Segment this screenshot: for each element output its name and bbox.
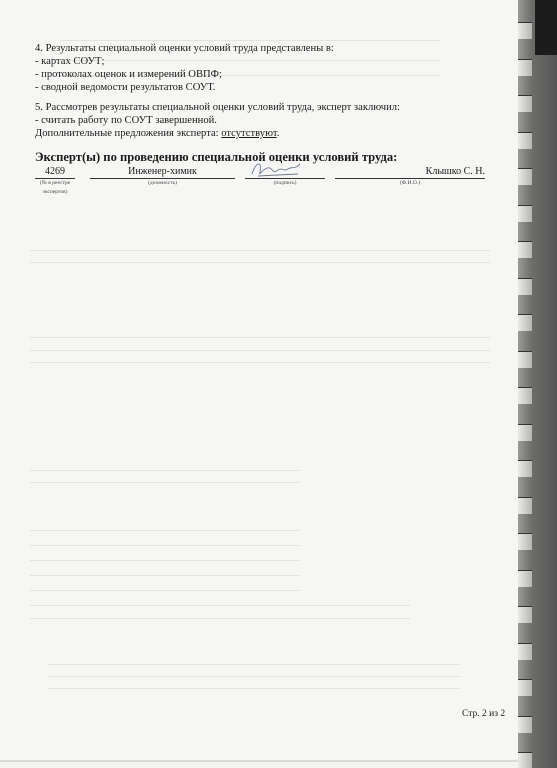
binding-ring: [518, 22, 532, 39]
binding-ring: [518, 59, 532, 76]
binding-ring: [518, 351, 532, 368]
binding-ring: [518, 205, 532, 222]
position-field: Инженер-химик (должность): [90, 166, 235, 188]
binding-ring: [518, 132, 532, 149]
name-field: Клышко С. Н. (Ф.И.О.): [335, 166, 485, 188]
binding-ring: [518, 752, 532, 768]
binding-ring: [518, 606, 532, 623]
registry-caption: (№ в реестре экспертов): [35, 179, 75, 197]
binding-ring: [518, 95, 532, 112]
handwritten-signature-icon: [248, 158, 308, 180]
binding-ring: [518, 424, 532, 441]
section-4-item: - сводной ведомости результатов СОУТ.: [35, 81, 215, 94]
position-caption: (должность): [90, 179, 235, 188]
section-5-conclusion: - считать работу по СОУТ завершенной.: [35, 114, 217, 127]
proposals-label: Дополнительные предложения эксперта:: [35, 128, 221, 139]
binding-shadow: [535, 0, 557, 55]
binding-ring: [518, 643, 532, 660]
binding-ring: [518, 168, 532, 185]
proposals-value: отсутствуют: [221, 128, 276, 139]
expert-position: Инженер-химик: [90, 166, 235, 177]
binding-ring: [518, 716, 532, 733]
name-caption: (Ф.И.О.): [335, 179, 485, 188]
expert-proposals: Дополнительные предложения эксперта: отс…: [35, 127, 279, 140]
binding-ring: [518, 497, 532, 514]
binding-ring: [518, 278, 532, 295]
binding-ring: [518, 533, 532, 550]
binding-ring: [518, 679, 532, 696]
binding-ring: [518, 570, 532, 587]
section-4-item: - протоколах оценок и измерений ОВПФ;: [35, 68, 222, 81]
section-4-title: 4. Результаты специальной оценки условий…: [35, 42, 334, 55]
binding-ring: [518, 387, 532, 404]
registry-number: 4269: [35, 166, 75, 177]
binding-ring: [518, 314, 532, 331]
section-5-title: 5. Рассмотрев результаты специальной оце…: [35, 101, 400, 114]
binding-ring: [518, 460, 532, 477]
page-number: Стр. 2 из 2: [462, 709, 505, 719]
section-4-item: - картах СОУТ;: [35, 55, 104, 68]
expert-name: Клышко С. Н.: [335, 166, 485, 177]
document-page: 4. Результаты специальной оценки условий…: [0, 0, 518, 762]
signature-caption: (подпись): [245, 179, 325, 188]
binding-ring: [518, 241, 532, 258]
experts-heading: Эксперт(ы) по проведению специальной оце…: [35, 150, 397, 165]
registry-field: 4269 (№ в реестре экспертов): [35, 166, 75, 197]
